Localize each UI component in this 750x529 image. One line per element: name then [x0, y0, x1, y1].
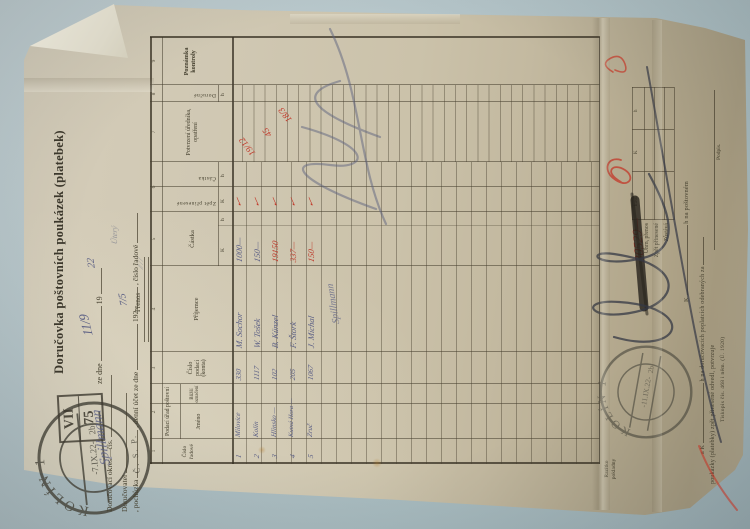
col-number: 4: [151, 295, 157, 323]
ze-dne-label: ze dne: [95, 363, 104, 384]
header-castka-zpet: Částka: [166, 175, 216, 181]
row-office: Kolín: [252, 421, 260, 438]
row-num: 2: [252, 453, 261, 458]
k-label: K: [220, 248, 226, 252]
header-zpet-prinesene: Zpět přinesené: [166, 200, 216, 206]
col-number: 1: [151, 442, 157, 460]
row-checkmark: ✓: [252, 196, 264, 210]
route-blank: [130, 430, 138, 478]
row-num: 3: [270, 453, 279, 458]
photo-scene: KOLÍN 1 -7.IX.22- 2b Č. S. P. VII 75 Dor…: [0, 0, 750, 529]
row-castka: 150—: [306, 241, 316, 263]
row-office: Hlinsko —: [270, 407, 278, 438]
row-podaci: 205: [288, 368, 297, 381]
row-num: 4: [288, 453, 297, 458]
office-sub-line: [180, 384, 181, 439]
row-prijemce: W. Tošek: [252, 318, 262, 349]
header-potvrzeni: Potvrzení úředníka, opatření: [186, 102, 199, 162]
row-num: 1: [234, 453, 243, 458]
paper-stain: [372, 458, 382, 468]
form-title: Doručovka poštovních poukázek (platebek): [52, 94, 67, 410]
header-blizsi: Bližší označení: [190, 385, 201, 403]
h-label: h: [220, 93, 226, 96]
row-castka: 19150: [270, 240, 280, 263]
row-castka: 150—: [252, 241, 262, 263]
paper-stain: [258, 446, 266, 454]
header-poznamka: Poznámka kontroly: [184, 38, 197, 85]
col-number: 5: [151, 225, 157, 253]
handwritten-weekday: Úterý: [110, 225, 119, 245]
row-prijemce: B. Künzel: [270, 314, 280, 349]
row-office: Zruč: [306, 423, 314, 438]
h-strip-line: [218, 85, 219, 102]
k-label: K: [220, 199, 226, 203]
row-prijemce: F. Štork: [288, 321, 298, 349]
carrier-blank: [119, 393, 127, 473]
col-number: 2: [151, 398, 157, 426]
row-podaci: 1117: [252, 365, 261, 380]
row-podaci: 1067: [306, 364, 315, 381]
col-number: 8: [151, 80, 157, 108]
form-wrapper: KOLÍN 1 -7.IX.22- 2b Č. S. P. VII 75 Dor…: [24, 12, 724, 517]
carryover-label: Přenos: [134, 293, 142, 312]
kh-strip-line2: [218, 162, 219, 212]
header-castka: Částka: [190, 212, 197, 266]
header-cislo-radove: Číslo řadové: [182, 440, 195, 463]
header-podaci-urad: Podací úřad poštovní: [165, 384, 172, 439]
header-dorucne: Doručné: [164, 92, 216, 98]
col-number: 9: [151, 47, 157, 75]
col-number: 7: [151, 118, 157, 146]
date-line: ze dne 19: [94, 268, 104, 384]
kh-strip-line: [218, 212, 219, 266]
row-num: 5: [306, 453, 315, 458]
delivery-table: 1 2 3 4 5 6 7 8 9 Číslo řadové Podací úř…: [150, 37, 600, 464]
row-prijemce: M. Sochor: [234, 312, 244, 349]
col-number: 3: [151, 354, 157, 382]
carrier-line: Doručovatel: [119, 393, 129, 512]
table-row: 2 Kolín 1117 W. Tošek 150— ✓: [252, 37, 270, 464]
route-label: , pochůzka: [131, 480, 140, 513]
row-podaci: 102: [270, 368, 279, 381]
h-label: h: [220, 174, 226, 177]
postal-form: KOLÍN 1 -7.IX.22- 2b Č. S. P. VII 75 Dor…: [24, 12, 724, 512]
header-cislo-podaci: Číslo podací (konta): [188, 353, 208, 383]
row-office: Milovice: [234, 412, 242, 438]
header-prijemce: Příjemce: [194, 266, 201, 352]
daily-account-label: , denní účet ze dne: [131, 372, 140, 428]
row-castka: 1000—: [234, 237, 244, 263]
row-office: Kutná Hora —: [288, 398, 295, 438]
row-checkmark: ✓: [234, 196, 246, 210]
account-date-blank: [130, 324, 138, 370]
header-jmeno: Jméno: [196, 406, 203, 437]
year192-label: 192: [131, 311, 140, 322]
h-label: h: [220, 218, 226, 221]
year-label: 19: [95, 296, 104, 304]
col-number: 6: [151, 173, 157, 201]
pencil-flourish-icon: [274, 24, 392, 229]
row-podaci: 330: [234, 368, 243, 381]
carryover-line: [144, 257, 149, 342]
serial-blank: [130, 213, 138, 243]
carrier-label: Doručovatel: [120, 475, 129, 512]
year-blank: [94, 268, 102, 294]
row-prijemce: J. Michal: [306, 315, 316, 349]
ink-scribbles-icon: [569, 32, 739, 512]
table-row: 1 Milovice 330 M. Sochor 1000— ✓: [234, 37, 252, 464]
handwritten-account-date: 7/5: [117, 293, 130, 306]
handwritten-year: 22: [85, 258, 98, 268]
pencil-tallies: ∕∕ ∕ ∕: [136, 258, 145, 269]
row-castka: 337—: [288, 241, 298, 263]
